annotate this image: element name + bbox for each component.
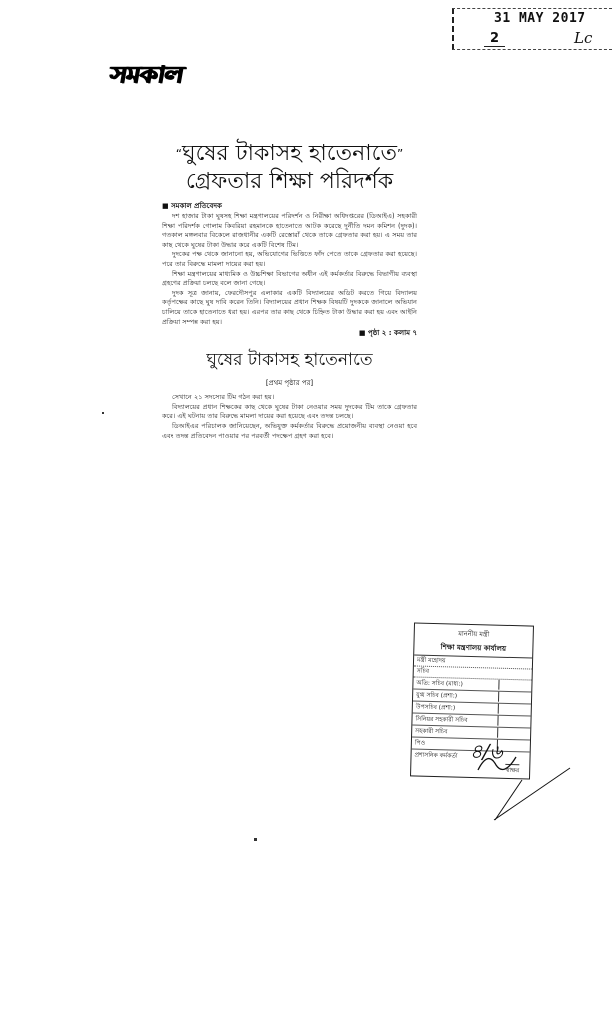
pen-strokes bbox=[0, 0, 616, 1024]
scan-speck bbox=[102, 412, 104, 414]
scan-speck bbox=[254, 838, 257, 841]
